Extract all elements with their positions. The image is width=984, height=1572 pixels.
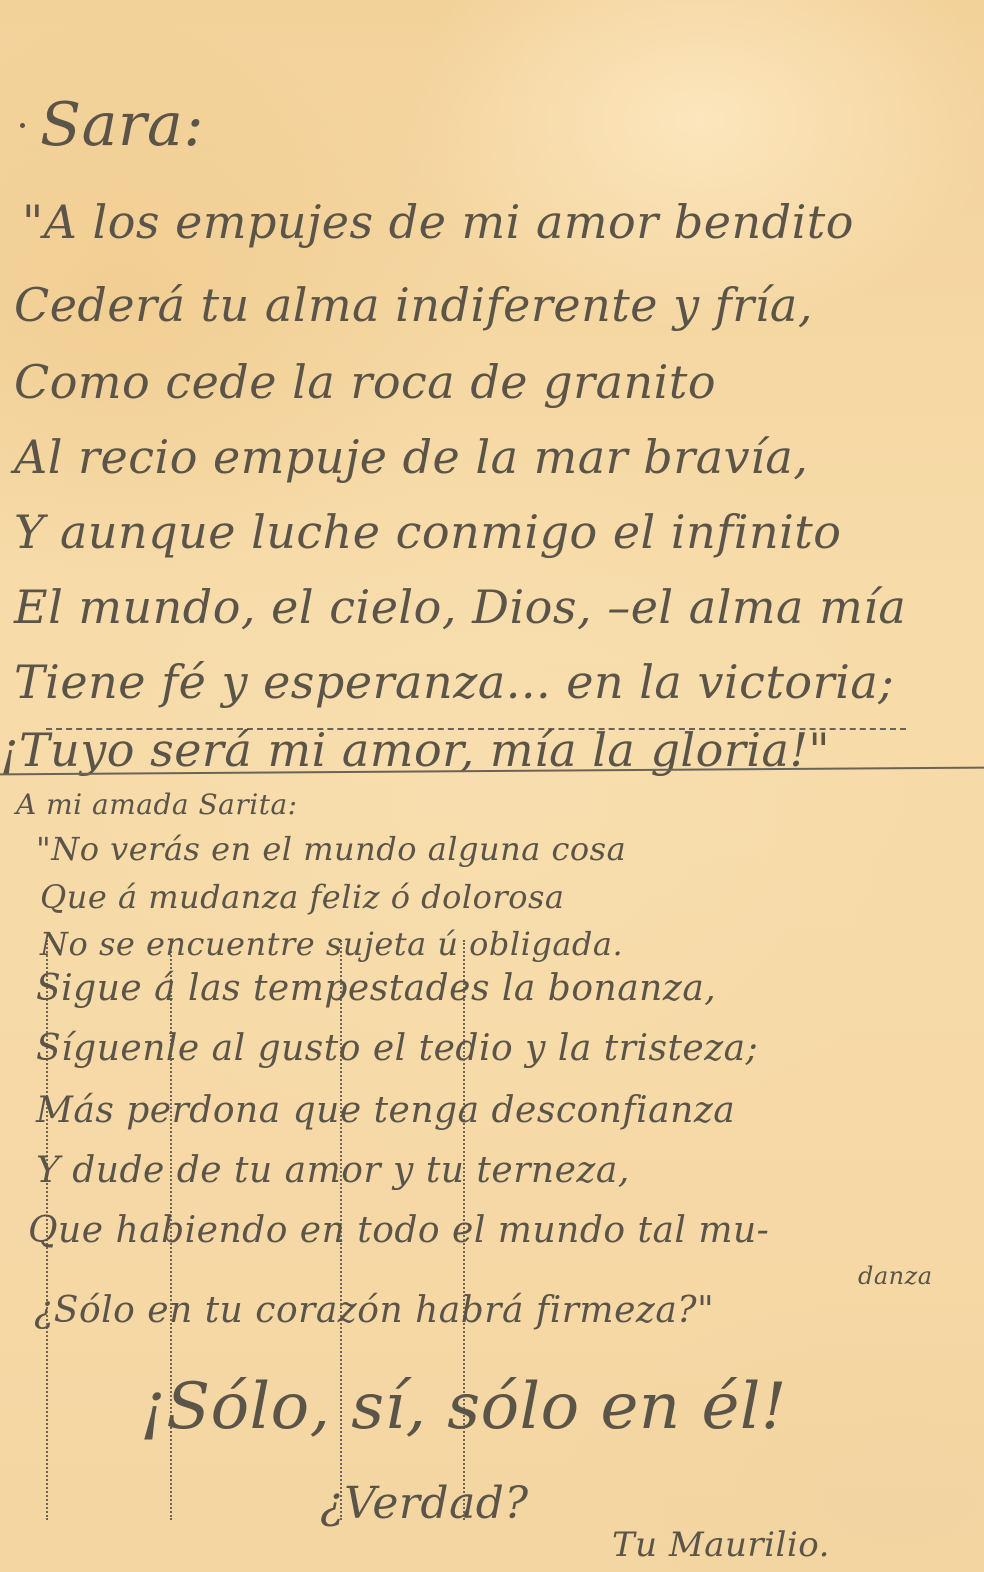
closing-question: ¿Verdad? <box>320 1478 529 1529</box>
poem-line: "A los empujes de mi amor bendito <box>22 195 854 249</box>
poem-line: Síguenle al gusto el tedio y la tristeza… <box>36 1028 758 1069</box>
poem-line: Y aunque luche conmigo el infinito <box>14 505 841 559</box>
poem-line: Que á mudanza feliz ó dolorosa <box>40 878 564 916</box>
ink-dot <box>20 123 25 128</box>
poem-line: "No verás en el mundo alguna cosa <box>36 830 626 868</box>
poem-line: No se encuentre sujeta ú obligada. <box>40 925 623 963</box>
poem-line: Que habiendo en todo el mundo tal mu- <box>28 1210 769 1251</box>
poem-line: Al recio empuje de la mar bravía, <box>14 430 808 484</box>
salutation: Sara: <box>40 90 204 160</box>
dedication: A mi amada Sarita: <box>16 788 298 821</box>
poem-line: Sigue á las tempestades la bonanza, <box>36 968 716 1009</box>
poem-line: El mundo, el cielo, Dios, –el alma mía <box>14 580 906 634</box>
poem-line: Más perdona que tenga desconfianza <box>36 1090 735 1131</box>
closing-exclamation: ¡Sólo, sí, sólo en él! <box>140 1370 787 1444</box>
poem-line: Cederá tu alma indiferente y fría, <box>14 278 813 332</box>
word-continuation: danza <box>858 1262 933 1290</box>
signature: Tu Maurilio. <box>612 1525 830 1565</box>
poem-line: Y dude de tu amor y tu terneza, <box>36 1150 630 1191</box>
poem-line: ¿Sólo en tu corazón habrá firmeza?" <box>34 1290 714 1331</box>
poem-line: Como cede la roca de granito <box>14 355 716 409</box>
poem-line: Tiene fé y esperanza... en la victoria; <box>14 655 894 709</box>
